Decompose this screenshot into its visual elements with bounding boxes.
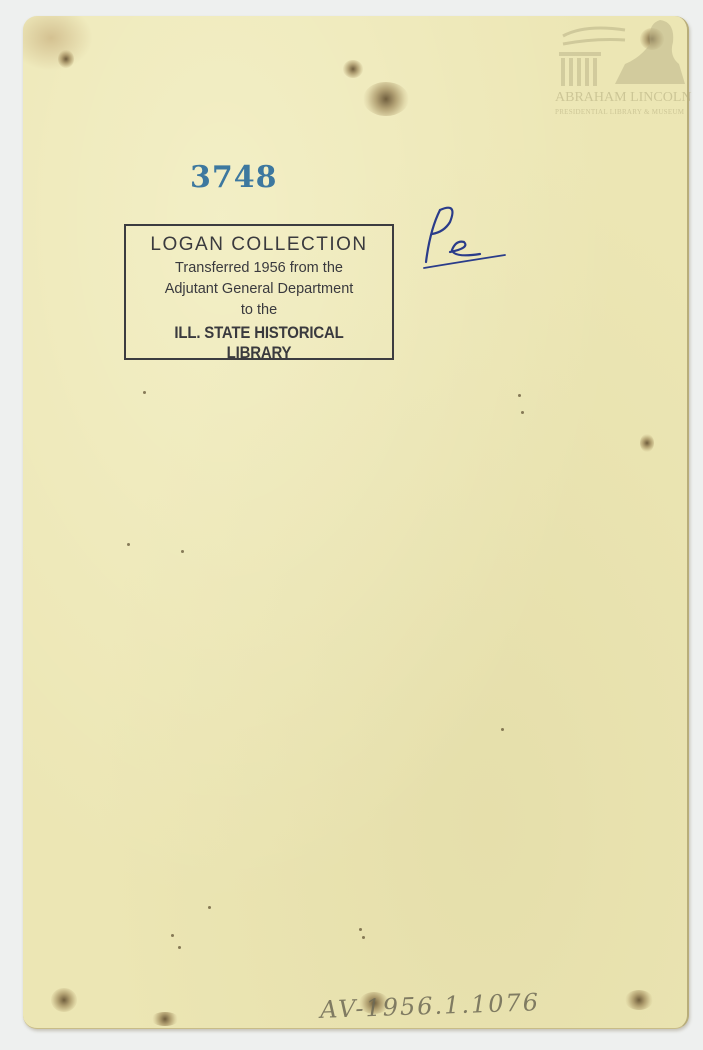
lincoln-logo-icon [555,14,687,90]
stain-mark [625,990,653,1010]
stamp-line-2: Transferred 1956 from the [126,258,392,279]
stamp-line-1: LOGAN COLLECTION [126,234,392,256]
handwritten-initials: Pe [410,200,510,275]
speck [181,550,184,553]
photo-card-reverse: ABRAHAM LINCOLN PRESIDENTIAL LIBRARY & M… [23,16,689,1029]
stain-mark [640,434,654,452]
speck [362,936,365,939]
stamp-line-4: to the [126,300,392,321]
stamp-line-3: Adjutant General Department [126,279,392,300]
watermark-title: ABRAHAM LINCOLN [555,90,687,106]
accession-number: AV-1956.1.1076 [320,988,541,1024]
stain-mark [58,50,74,68]
speck [127,543,130,546]
stain-mark [151,1012,179,1026]
museum-watermark: ABRAHAM LINCOLN PRESIDENTIAL LIBRARY & M… [555,14,687,124]
speck [178,946,181,949]
stain-mark [343,60,363,78]
stamp-line-5: ILL. STATE HISTORICAL LIBRARY [142,323,376,363]
watermark-subtitle: PRESIDENTIAL LIBRARY & MUSEUM [555,108,687,116]
speck [521,411,524,414]
speck [171,934,174,937]
stain-mark [51,988,77,1012]
catalog-number: 3748 [190,160,278,195]
stain-mark [363,82,409,116]
speck [143,391,146,394]
speck [518,394,521,397]
speck [501,728,504,731]
collection-stamp: LOGAN COLLECTION Transferred 1956 from t… [124,224,394,360]
speck [208,906,211,909]
speck [359,928,362,931]
